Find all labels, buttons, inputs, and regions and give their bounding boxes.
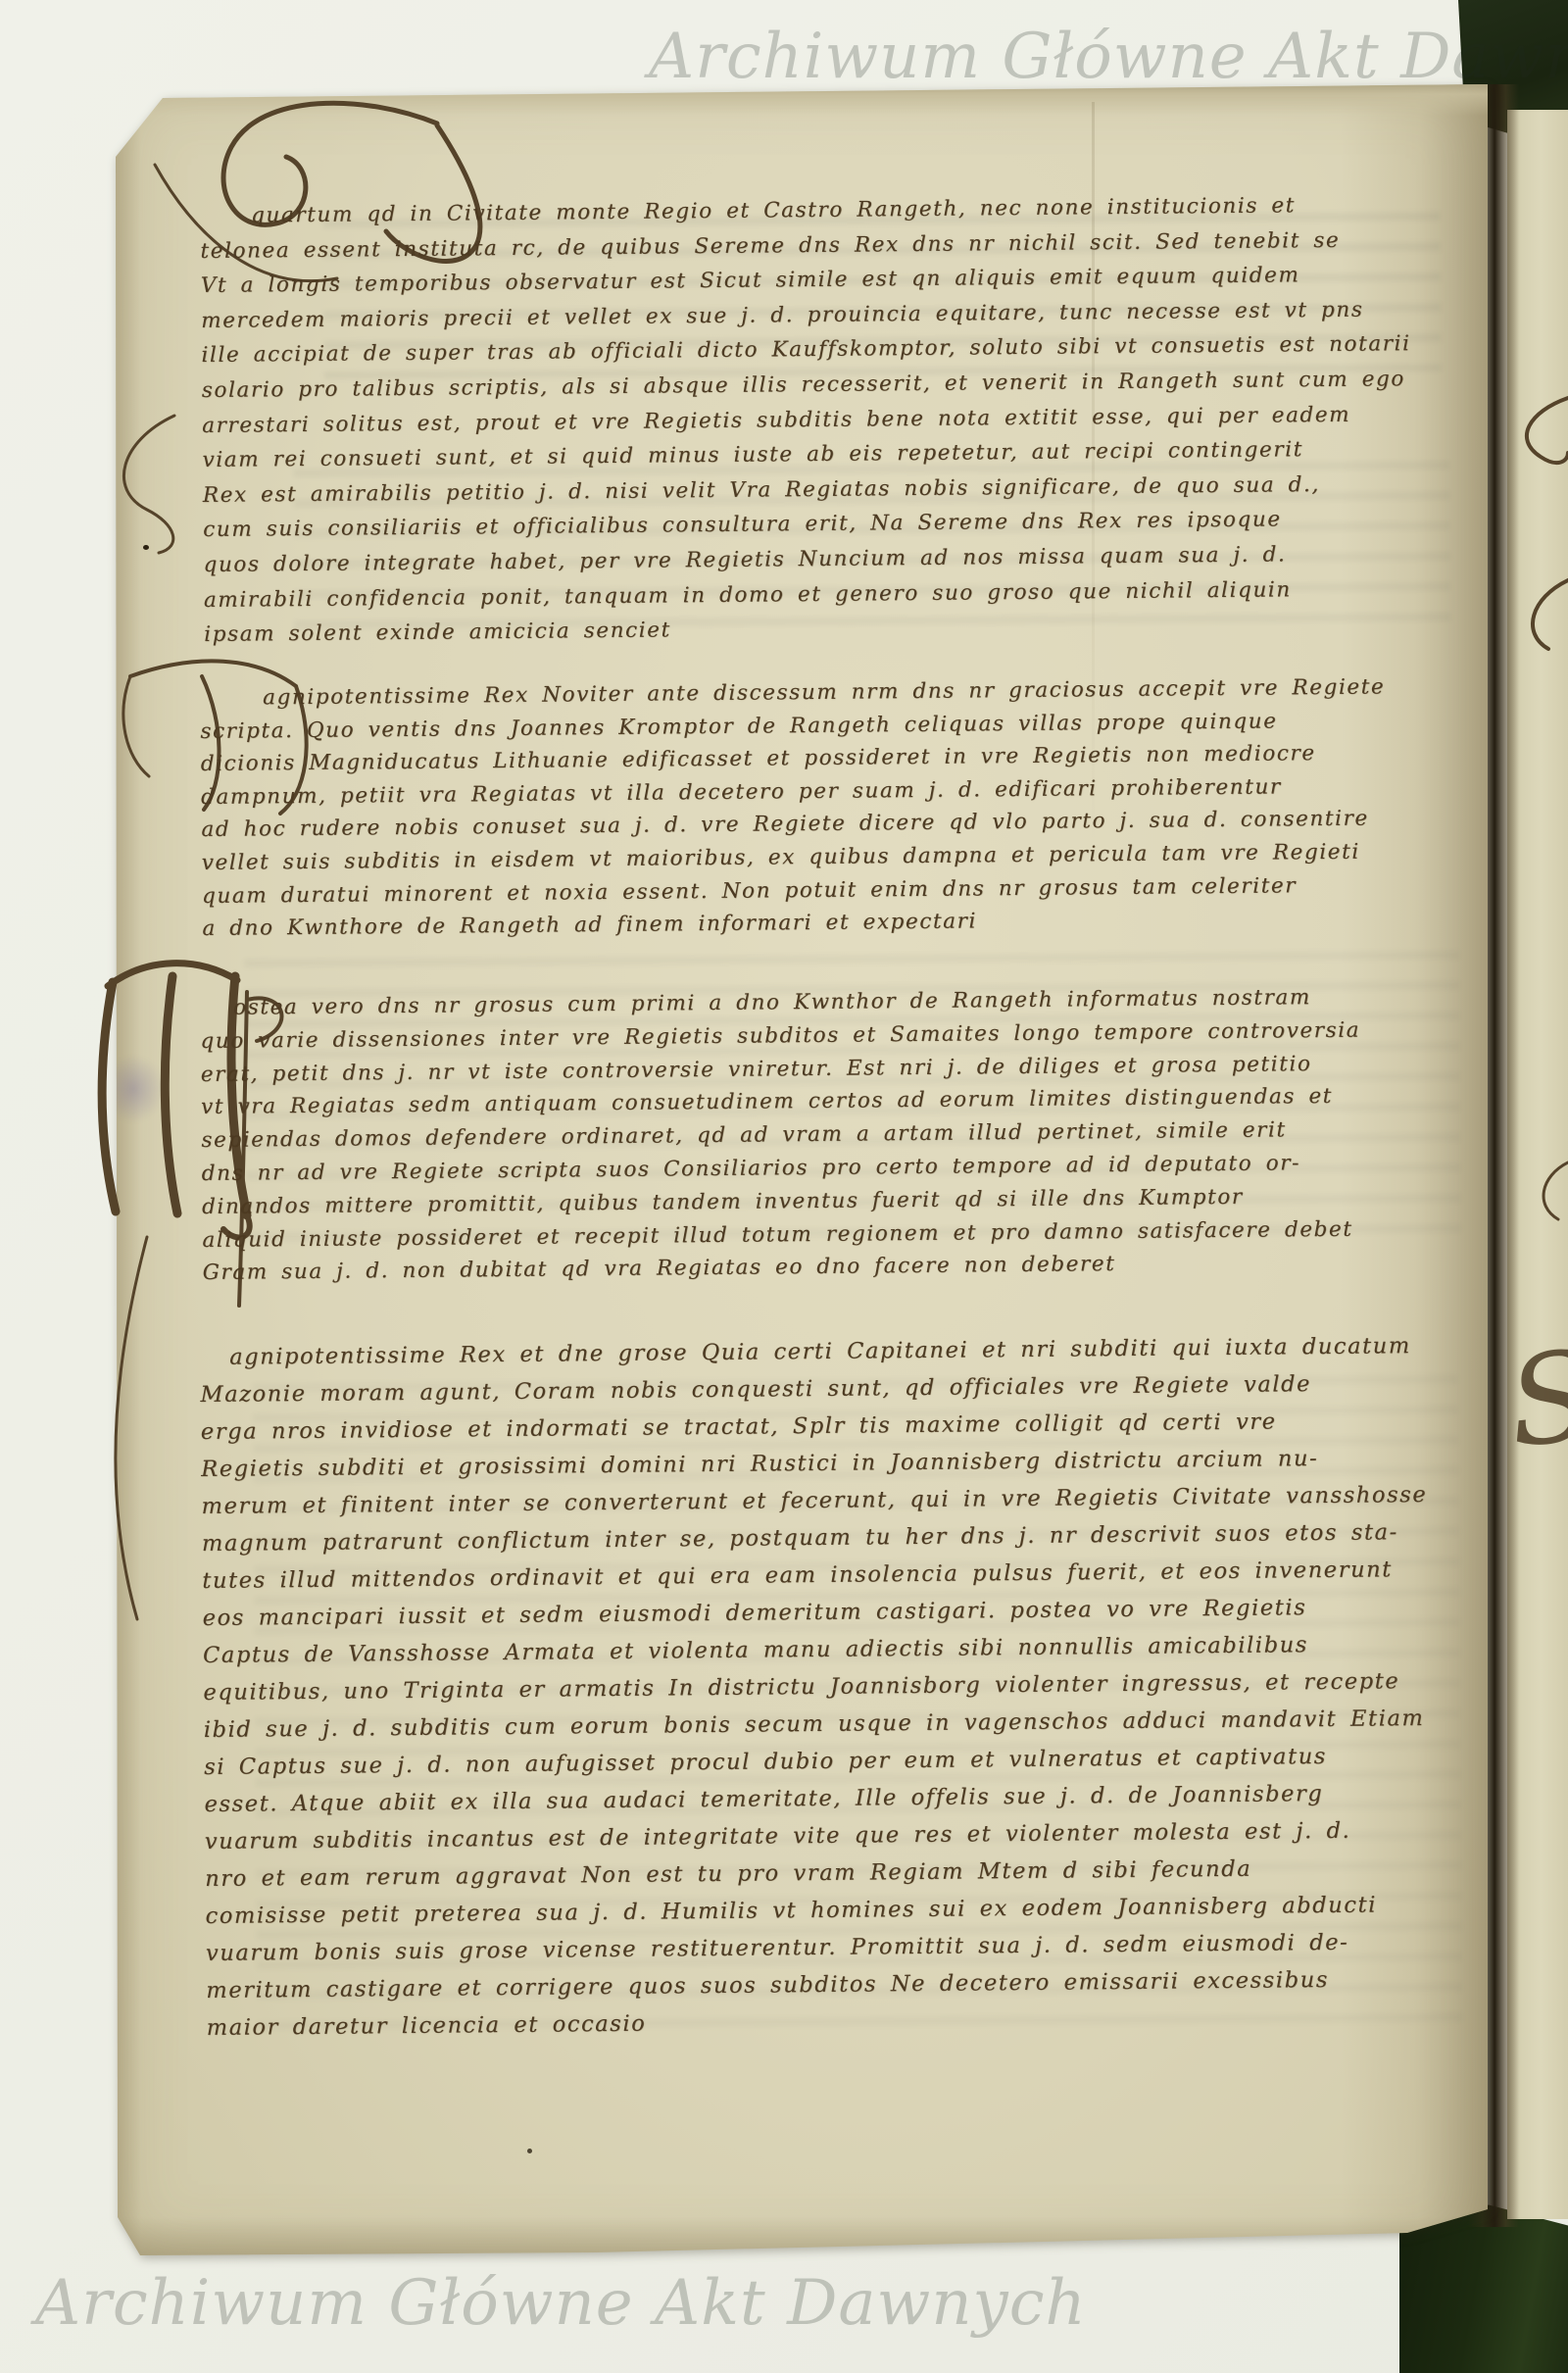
manuscript-paragraph-3: ostea vero dns nr grosus cum primi a dno… [200,983,1482,1294]
watermark-bottom: Archiwum Główne Akt Dawnych [35,2272,1087,2335]
scanned-manuscript-view: { "watermark": { "text": "Archiwum Główn… [0,0,1568,2373]
manuscript-paragraph-2: agnipotentissime Rex Noviter ante disces… [200,673,1482,949]
manuscript-paragraph-4: agnipotentissime Rex et dne grose Quia c… [200,1332,1486,2052]
manuscript-paragraph-1: quartum qd in Civitate monte Regio et Ca… [200,191,1483,657]
watermark-top: Archiwum Główne Akt Dawnych [649,25,1568,88]
